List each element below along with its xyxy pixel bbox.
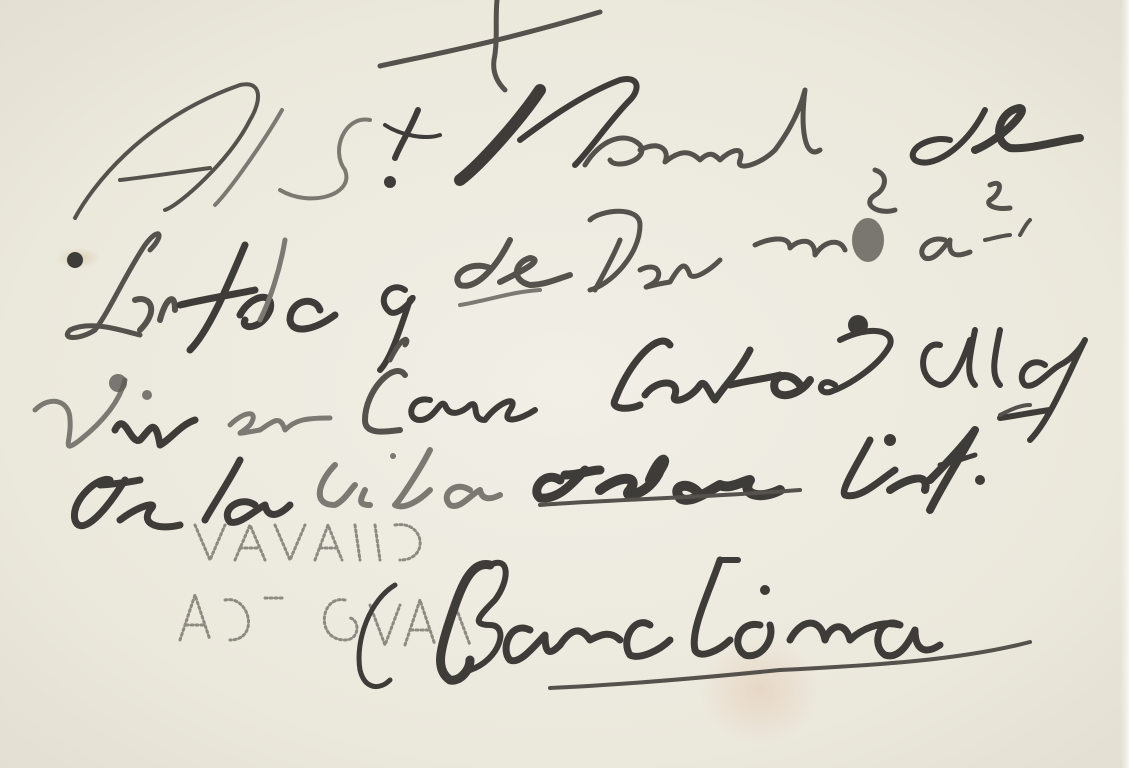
cross-mark	[380, 0, 600, 90]
address-line-3-strokes	[35, 315, 1085, 446]
address-line-2-strokes	[67, 211, 1030, 370]
handwriting-layer	[0, 0, 1129, 768]
address-line-4-strokes	[74, 405, 1030, 527]
address-line-1-strokes	[75, 79, 1080, 218]
postmark-stamp	[180, 525, 470, 645]
paper-sheet: + Al Sr. Manuel de Lasala q de Deu m.s a…	[0, 0, 1129, 768]
address-line-5-strokes	[359, 560, 1030, 688]
